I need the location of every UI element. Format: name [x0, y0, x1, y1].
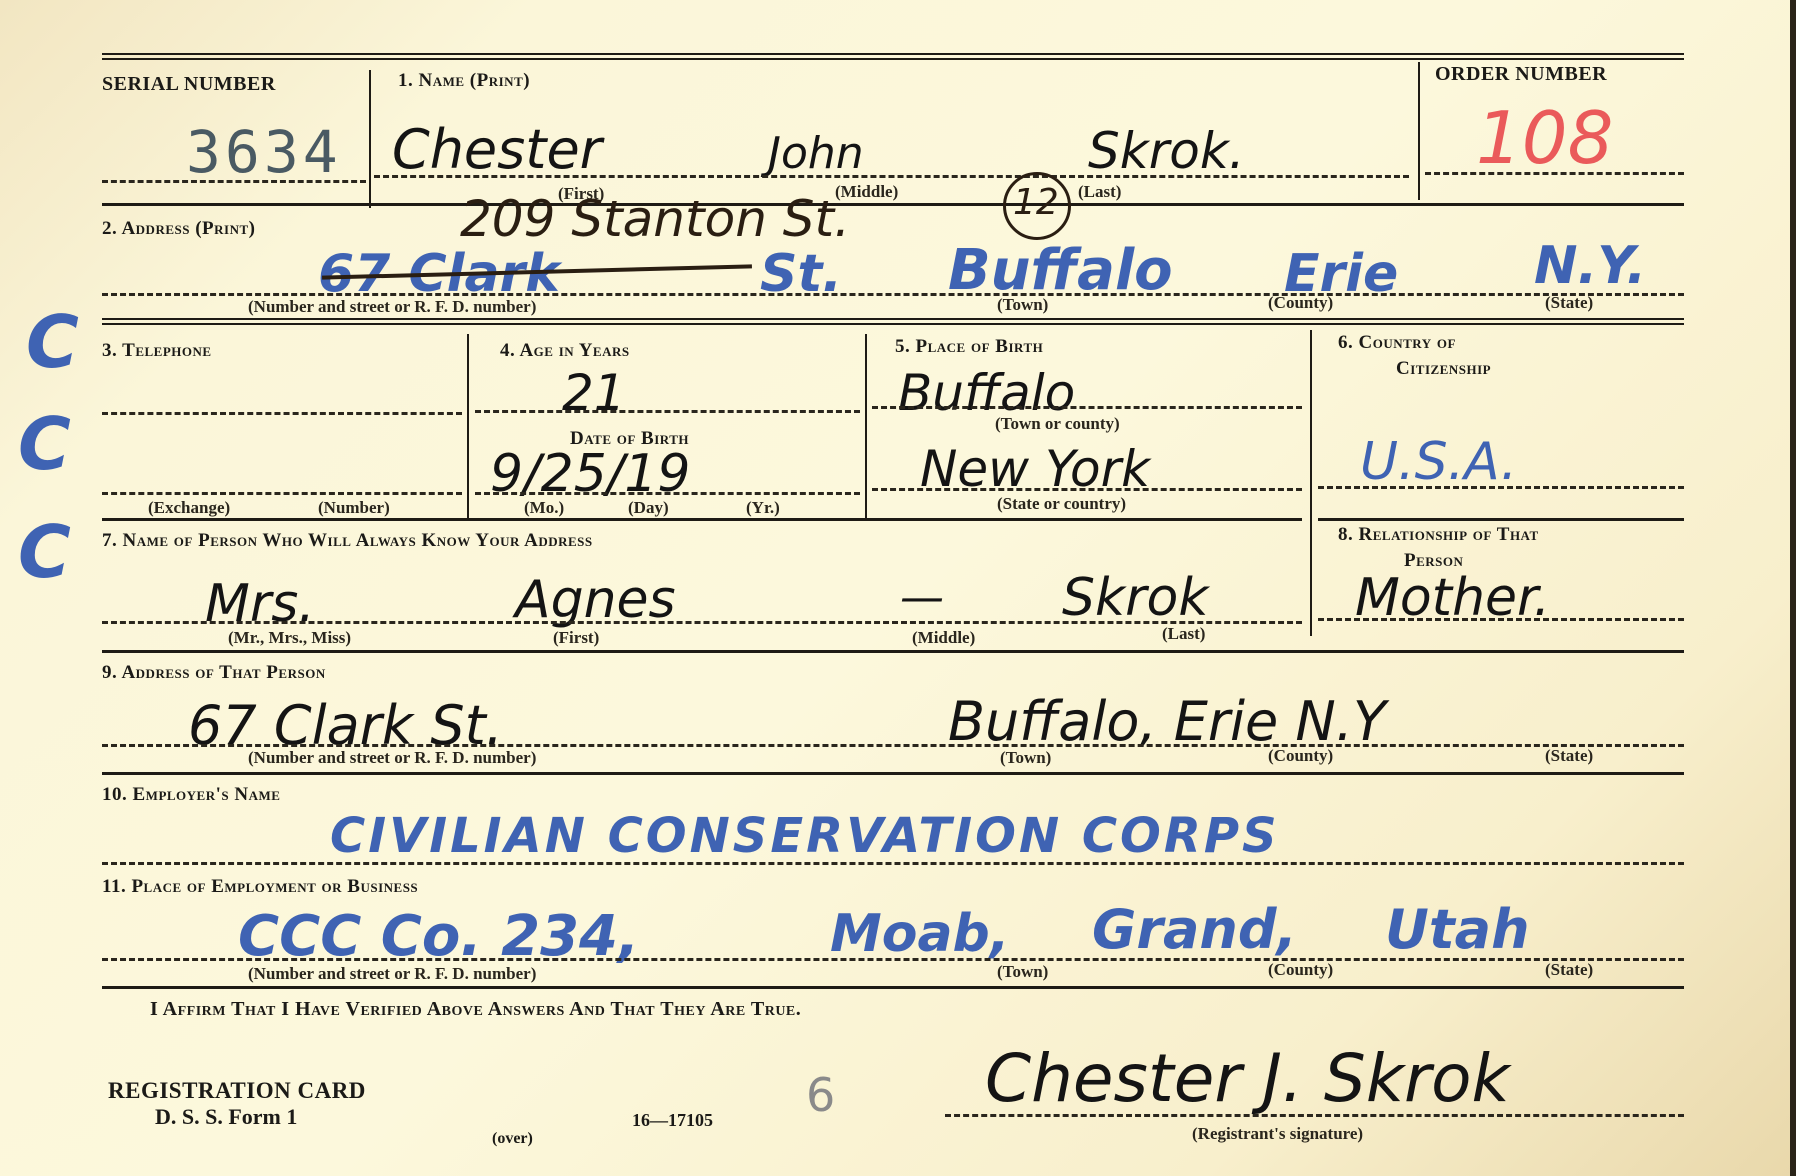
order-number-value: 108: [1476, 96, 1613, 180]
employment-state-value: Utah: [1385, 898, 1530, 961]
dob-day-caption: (Day): [628, 498, 669, 518]
contact-first-caption: (First): [553, 628, 599, 648]
order-divider: [1418, 62, 1420, 200]
address-county-caption: (County): [1268, 293, 1333, 313]
birthplace-state-line: [872, 488, 1302, 491]
employment-street-caption: (Number and street or R. F. D. number): [248, 964, 536, 984]
address-street-caption: (Number and street or R. F. D. number): [248, 297, 536, 317]
margin-mark-2: C: [18, 402, 71, 486]
name-line: [374, 175, 1409, 178]
top-rule: [102, 53, 1684, 55]
serial-divider: [369, 70, 371, 208]
employment-town-value: Moab,: [830, 904, 1010, 964]
address-town-caption: (Town): [997, 295, 1048, 315]
pencil-mark: 6: [806, 1068, 835, 1122]
order-number-label: ORDER NUMBER: [1435, 63, 1607, 86]
birthplace-label: 5. Place of Birth: [895, 336, 1043, 358]
name-last-caption: (Last): [1078, 182, 1121, 202]
registration-card-title: REGISTRATION CARD: [108, 1078, 366, 1104]
telephone-divider: [467, 334, 469, 520]
dob-month-caption: (Mo.): [524, 498, 564, 518]
serial-number-value: 3634: [186, 118, 342, 186]
order-number-line: [1425, 172, 1684, 175]
birthplace-state-caption: (State or country): [997, 494, 1126, 514]
age-line: [475, 410, 860, 413]
telephone-number-caption: (Number): [318, 498, 390, 518]
contact-address-street-caption: (Number and street or R. F. D. number): [248, 748, 536, 768]
row4-rule: [102, 650, 1684, 653]
employment-county-value: Grand,: [1092, 898, 1297, 961]
serial-number-label: SERIAL NUMBER: [102, 73, 276, 96]
telephone-line-2: [102, 492, 462, 495]
date-of-birth-line: [475, 492, 860, 495]
contact-last-caption: (Last): [1162, 624, 1205, 644]
margin-mark-3: C: [18, 510, 71, 594]
age-label: 4. Age in Years: [500, 340, 630, 362]
contact-title-caption: (Mr., Mrs., Miss): [228, 628, 351, 648]
relationship-line: [1318, 618, 1684, 621]
name-label: 1. Name (Print): [398, 70, 530, 92]
date-of-birth-value: 9/25/19: [490, 444, 690, 504]
employment-place-label: 11. Place of Employment or Business: [102, 876, 418, 898]
contact-line: [102, 621, 1302, 624]
citizenship-value: U.S.A.: [1360, 432, 1517, 492]
contact-address-state-caption: (State): [1545, 746, 1593, 766]
address-label: 2. Address (Print): [102, 218, 256, 240]
contact-middle-caption: (Middle): [912, 628, 975, 648]
employment-county-caption: (County): [1268, 960, 1333, 980]
employer-label: 10. Employer's Name: [102, 784, 280, 806]
employer-line: [102, 862, 1684, 865]
print-code: 16—17105: [632, 1110, 713, 1131]
over-label: (over): [492, 1130, 533, 1148]
name-first-value: Chester: [392, 118, 602, 181]
contact-last-value: Skrok: [1062, 568, 1208, 628]
citizenship-label-line2: Citizenship: [1396, 358, 1491, 380]
address-state-value: N.Y.: [1534, 236, 1646, 296]
row1-rule: [102, 203, 1684, 206]
registrant-signature: Chester J. Skrok: [985, 1040, 1510, 1117]
telephone-label: 3. Telephone: [102, 340, 212, 362]
contact-address-line: [102, 744, 1684, 747]
age-value: 21: [562, 364, 626, 422]
contact-address-county-caption: (County): [1268, 746, 1333, 766]
employment-line: [102, 958, 1684, 961]
contact-label: 7. Name of Person Who Will Always Know Y…: [102, 530, 593, 552]
signature-caption: (Registrant's signature): [1192, 1124, 1363, 1144]
age-divider: [865, 334, 867, 520]
contact-address-label: 9. Address of That Person: [102, 662, 326, 684]
birthplace-town-caption: (Town or county): [995, 414, 1120, 434]
name-last-value: Skrok.: [1088, 122, 1245, 180]
telephone-exchange-caption: (Exchange): [148, 498, 230, 518]
address-line: [102, 293, 1684, 296]
serial-number-line: [102, 180, 366, 183]
row3-rule-left: [102, 518, 1302, 521]
citizenship-label-line1: 6. Country of: [1338, 332, 1456, 354]
citizenship-line: [1318, 486, 1684, 489]
row3-rule-right: [1318, 518, 1684, 521]
signature-line: [945, 1114, 1684, 1117]
birthplace-town-line: [872, 406, 1302, 409]
employment-town-caption: (Town): [997, 962, 1048, 982]
address-correction: 209 Stanton St.: [460, 190, 850, 248]
contact-address-town-caption: (Town): [1000, 748, 1051, 768]
contact-title-value: Mrs.: [205, 574, 315, 634]
row5-rule: [102, 772, 1684, 775]
telephone-line-1: [102, 412, 462, 415]
relationship-label-line1: 8. Relationship of That: [1338, 524, 1539, 546]
margin-mark-1: C: [26, 300, 79, 384]
birthplace-divider: [1310, 330, 1312, 636]
address-state-caption: (State): [1545, 293, 1593, 313]
address-correction-circled-number: 12: [1013, 182, 1059, 223]
employment-state-caption: (State): [1545, 960, 1593, 980]
affirmation-text: I Affirm That I Have Verified Above Answ…: [150, 998, 801, 1021]
row7-rule: [102, 986, 1684, 989]
name-middle-value: John: [768, 128, 864, 179]
contact-middle-value: —: [900, 572, 944, 623]
row2-rule: [102, 318, 1684, 320]
employer-value: CIVILIAN CONSERVATION CORPS: [330, 808, 1280, 864]
card-edge: [1790, 0, 1796, 1176]
form-id: D. S. S. Form 1: [155, 1104, 297, 1130]
dob-year-caption: (Yr.): [746, 498, 780, 518]
